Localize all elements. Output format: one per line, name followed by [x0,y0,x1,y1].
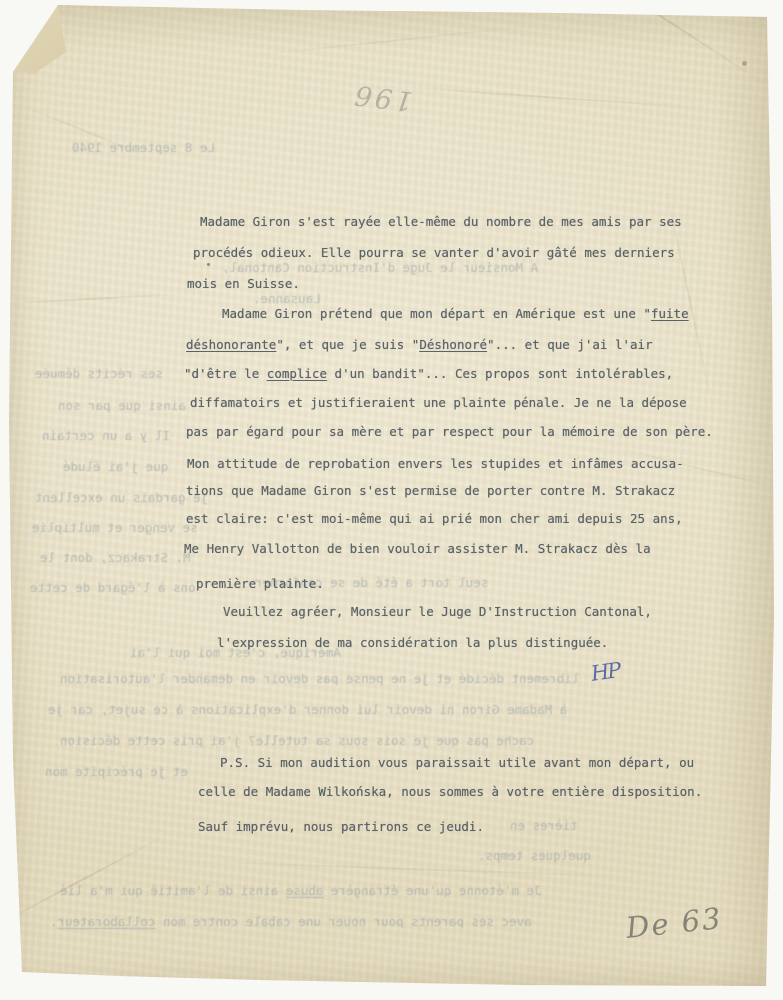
typed-letter-line: déshonorante", et que je suis "Déshonoré… [186,337,653,352]
text-segment: l'expression de ma considération la plus… [217,635,608,650]
text-segment: d'un bandit"... Ces propos sont intoléra… [327,366,673,381]
text-segment: "... et que j'ai l'air [487,337,653,352]
text-segment: ainsi de l'amitié qui m'a lié [60,883,286,898]
typed-letter-line: Madame Giron s'est rayée elle-même du no… [200,214,682,229]
text-segment: Madame Giron s'est rayée elle-même du no… [200,214,682,229]
typed-letter-line: Sauf imprévu, nous partirons ce jeudi. [198,819,484,834]
text-segment: M. Strakacz, dont le [40,550,191,565]
text-segment: à Madame Giron ni devoir lui donner d'ex… [48,702,567,717]
typed-letter-line: Mon attitude de reprobation envers les s… [187,456,684,471]
underlined-text-segment: fuite [651,306,689,321]
text-segment: Mon attitude de reprobation envers les s… [187,456,684,471]
typed-letter-line: diffamatoirs et justifieraient une plain… [190,395,687,410]
paper-crease [0,293,180,304]
underlined-text-segment: complice [267,366,327,381]
text-segment: ", et que je suis " [276,337,419,352]
text-segment: que j'ai éludé [63,459,168,474]
text-segment: Le 8 septembre 1940 [72,140,215,155]
typed-letter-line: Veuillez agréer, Monsieur le Juge D'Inst… [223,604,652,619]
text-segment: je gardais un excellent [35,490,208,505]
bleed-through-line: je gardais un excellent [35,490,208,505]
paper-stain-speck [742,61,747,66]
paper-crease [560,0,771,88]
text-segment: librement décidé et je ne pense pas devo… [60,671,579,686]
bleed-through-line: Le 8 septembre 1940 [72,140,215,155]
text-segment: quelques temps. [478,848,591,863]
text-segment: est claire: c'est moi-même qui ai prié m… [186,511,683,526]
text-segment: P.S. Si mon audition vous paraissait uti… [220,755,694,770]
underlined-text-segment: collaborateur [58,914,156,929]
text-segment: première plainte. [196,576,324,591]
bleed-through-line: cache pas que je sois sous sa tutelle? j… [60,733,534,748]
text-segment: tions que Madame Giron s'est permise de … [186,483,675,498]
text-segment: Veuillez agréer, Monsieur le Juge D'Inst… [223,604,652,619]
text-segment: pas par égard pour sa mère et par respec… [186,424,713,439]
bleed-through-line: à Madame Giron ni devoir lui donner d'ex… [48,702,567,717]
text-segment: A Monsieur le Juge d'Instruction Cantona… [222,260,538,275]
letter-page: Le 8 septembre 1940A Monsieur le Juge d'… [0,0,783,1000]
bleed-through-line: et je précipite mon [45,764,188,779]
text-segment: Sauf imprévu, nous partirons ce jeudi. [198,819,484,834]
bleed-through-line: se venger et multiplie [32,520,198,535]
typed-letter-line: Me Henry Vallotton de bien vouloir assis… [184,541,651,556]
text-segment: mois en Suisse. [187,276,300,291]
pencil-code-annotation: De 63 [624,901,724,945]
typed-letter-line: tions que Madame Giron s'est permise de … [186,483,675,498]
text-segment: ons à l'égard de cette [30,580,196,595]
bleed-through-line: Je m'étonne qu'une étrangère abuse ainsi… [60,883,542,898]
text-segment: diffamatoirs et justifieraient une plain… [190,395,687,410]
bleed-through-line: M. Strakacz, dont le [40,550,191,565]
text-segment: procédés odieux. Elle pourra se vanter d… [193,245,675,260]
typed-letter-line: "d'être le complice d'un bandit"... Ces … [184,366,673,381]
text-segment: Madame Giron prétend que mon départ en A… [222,306,651,321]
typed-letter-line: l'expression de ma considération la plus… [217,635,608,650]
typed-letter-line: est claire: c'est moi-même qui ai prié m… [186,511,683,526]
typed-letter-line: première plainte. [196,576,324,591]
text-segment: tières en [510,818,578,833]
folded-corner-flap [0,0,120,120]
text-segment: . [50,914,58,929]
paper-crease [241,24,540,57]
text-segment: Lausanne. [253,291,321,306]
underlined-text-segment: déshonorante [186,337,276,352]
text-segment: et je précipite mon [45,764,188,779]
typed-letter-line: mois en Suisse. [187,276,300,291]
text-segment: se venger et multiplie [32,520,198,535]
underlined-text-segment: abuse [286,883,324,898]
blue-ink-initials: HP [589,658,621,686]
bleed-through-line: ses récits démuée [35,366,163,381]
bleed-through-line: avec ses parents pour nouer une cabale c… [50,914,532,929]
text-segment: ses récits démuée [35,366,163,381]
text-segment: ainsi que par son [58,398,186,413]
text-segment: avec ses parents pour nouer une cabale c… [155,914,531,929]
bleed-through-line: tières en [510,818,578,833]
typed-letter-line: procédés odieux. Elle pourra se vanter d… [193,245,675,260]
typed-letter-line: celle de Madame Wilkońska, nous sommes à… [198,784,702,799]
fold-crease-line [0,1,8,72]
typed-letter-line: pas par égard pour sa mère et par respec… [186,424,713,439]
bleed-through-line: ons à l'égard de cette [30,580,196,595]
underlined-text-segment: Déshonoré [419,337,487,352]
bleed-through-line: Il y a un certain [42,428,170,443]
text-segment: "d'être le [184,366,267,381]
paper-crease [662,174,718,429]
text-segment: Il y a un certain [42,428,170,443]
bleed-through-line: librement décidé et je ne pense pas devo… [60,671,579,686]
text-segment: cache pas que je sois sous sa tutelle? j… [60,733,534,748]
bleed-through-line: quelques temps. [478,848,591,863]
paper-crease [380,84,709,109]
text-segment: celle de Madame Wilkońska, nous sommes à… [198,784,702,799]
bleed-through-line: que j'ai éludé [63,459,168,474]
pencil-number-annotation: 196 [350,78,414,116]
bleed-through-line: A Monsieur le Juge d'Instruction Cantona… [222,260,538,275]
typed-letter-line: P.S. Si mon audition vous paraissait uti… [220,755,694,770]
ink-speck [207,263,210,266]
text-segment: Je m'étonne qu'une étrangère [323,883,541,898]
bleed-through-line: ainsi que par son [58,398,186,413]
text-segment: Me Henry Vallotton de bien vouloir assis… [184,541,651,556]
bleed-through-line: Lausanne. [253,291,321,306]
typed-letter-line: Madame Giron prétend que mon départ en A… [222,306,689,321]
